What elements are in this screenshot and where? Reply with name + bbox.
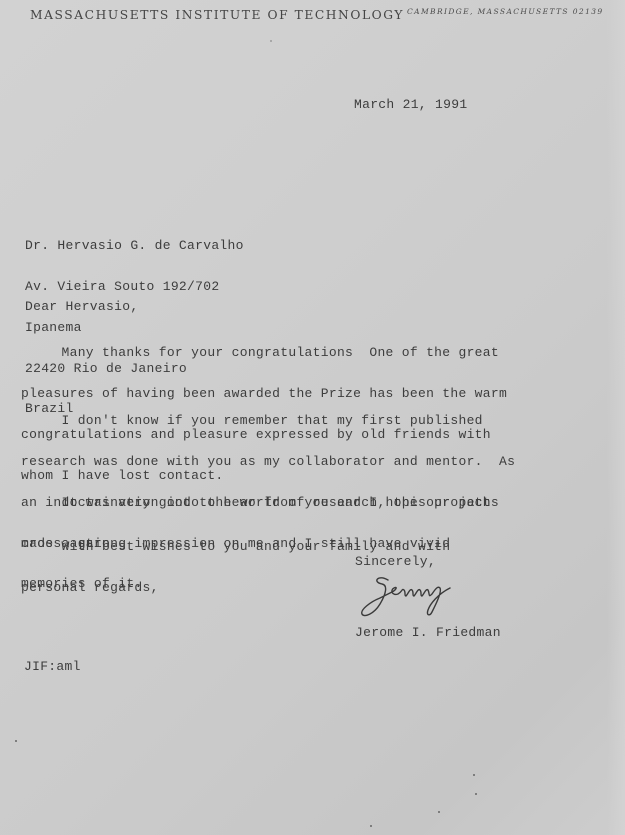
letterhead-institution: MASSACHUSETTS INSTITUTE OF TECHNOLOGY xyxy=(30,7,404,22)
paper-speck xyxy=(370,825,372,827)
paragraph-line: research was done with you as my collabo… xyxy=(21,455,515,469)
paper-speck xyxy=(473,774,475,776)
letterhead: MASSACHUSETTS INSTITUTE OF TECHNOLOGY CA… xyxy=(30,4,412,23)
paper-speck xyxy=(15,740,17,742)
address-line: Av. Vieira Souto 192/702 xyxy=(25,280,244,294)
paper-speck xyxy=(270,40,272,42)
paragraph-line: With best wishes to you and your family … xyxy=(21,540,450,554)
paragraph-line: It was very good to hear from you and I … xyxy=(21,496,499,510)
letterhead-address: CAMBRIDGE, MASSACHUSETTS 02139 xyxy=(407,7,604,16)
paper-speck xyxy=(438,811,440,813)
address-line: Dr. Hervasio G. de Carvalho xyxy=(25,239,244,253)
salutation: Dear Hervasio, xyxy=(25,300,138,314)
signer-name: Jerome I. Friedman xyxy=(355,626,501,640)
page-edge-shadow xyxy=(607,0,625,835)
reference-initials: JIF:aml xyxy=(24,660,81,674)
paper-speck xyxy=(475,793,477,795)
paragraph-line: I don't know if you remember that my fir… xyxy=(21,414,515,428)
closing: Sincerely, xyxy=(355,555,436,569)
handwritten-signature xyxy=(358,572,458,620)
letter-page: MASSACHUSETTS INSTITUTE OF TECHNOLOGY CA… xyxy=(0,0,625,835)
letter-date: March 21, 1991 xyxy=(354,98,467,112)
paragraph-line: Many thanks for your congratulations One… xyxy=(21,346,507,360)
